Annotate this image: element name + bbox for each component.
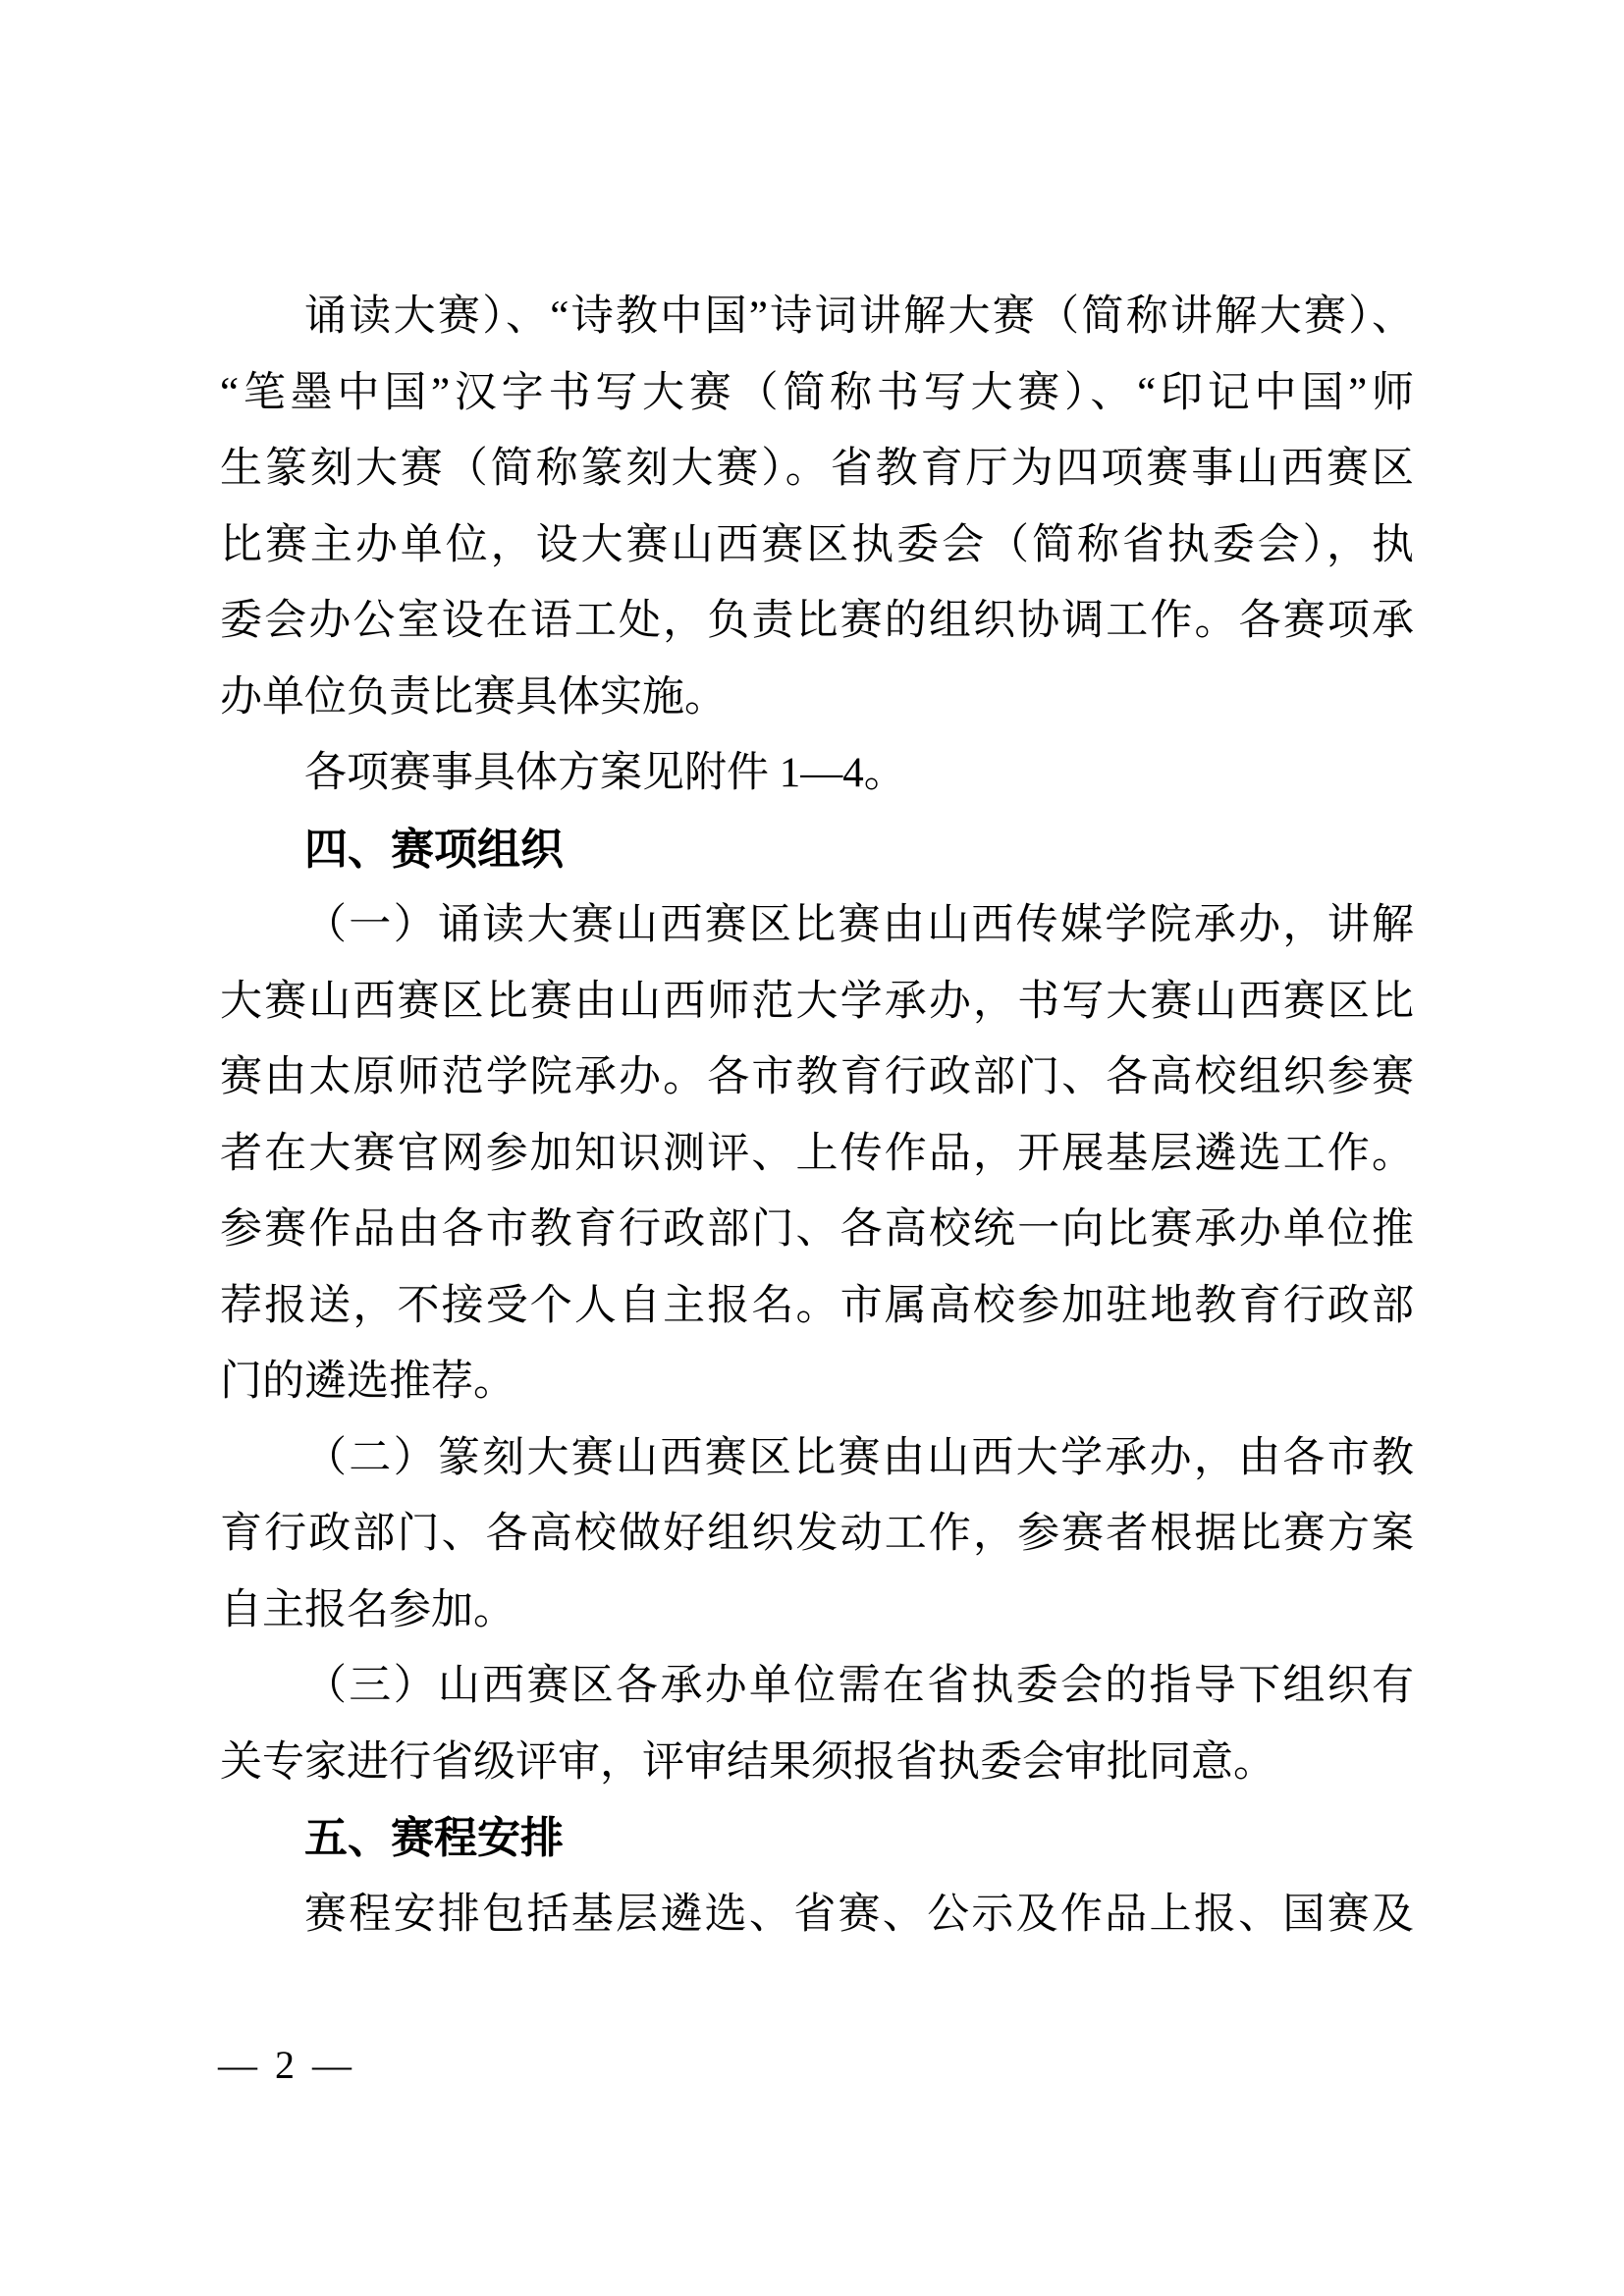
text-line: 委会办公室设在语工处，负责比赛的组织协调工作。各赛项承 (220, 583, 1414, 660)
text-line: 者在大赛官网参加知识测评、上传作品，开展基层遴选工作。 (220, 1116, 1414, 1193)
text-line: 大赛山西赛区比赛由山西师范大学承办，书写大赛山西赛区比 (220, 964, 1414, 1041)
text-line: 生篆刻大赛（简称篆刻大赛）。省教育厅为四项赛事山西赛区 (220, 431, 1414, 507)
text-line: 比赛主办单位，设大赛山西赛区执委会（简称省执委会），执 (220, 507, 1414, 584)
text-line: 办单位负责比赛具体实施。 (220, 660, 1414, 736)
text-line: 自主报名参加。 (220, 1573, 1414, 1649)
text-line: 赛程安排包括基层遴选、省赛、公示及作品上报、国赛及 (220, 1877, 1414, 1953)
text-line: 门的遴选推荐。 (220, 1344, 1414, 1420)
document-page: 诵读大赛）、“诗教中国”诗词讲解大赛（简称讲解大赛）、“笔墨中国”汉字书写大赛（… (0, 0, 1624, 2296)
text-line: 参赛作品由各市教育行政部门、各高校统一向比赛承办单位推 (220, 1192, 1414, 1268)
text-line: 关专家进行省级评审，评审结果须报省执委会审批同意。 (220, 1725, 1414, 1801)
text-line: （二）篆刻大赛山西赛区比赛由山西大学承办，由各市教 (220, 1420, 1414, 1497)
text-line: 赛由太原师范学院承办。各市教育行政部门、各高校组织参赛 (220, 1040, 1414, 1116)
section-heading: 四、赛项组织 (220, 812, 1414, 888)
text-line: “笔墨中国”汉字书写大赛（简称书写大赛）、“印记中国”师 (220, 355, 1414, 432)
text-line: 育行政部门、各高校做好组织发动工作，参赛者根据比赛方案 (220, 1496, 1414, 1573)
text-line: 荐报送，不接受个人自主报名。市属高校参加驻地教育行政部 (220, 1268, 1414, 1345)
document-body: 诵读大赛）、“诗教中国”诗词讲解大赛（简称讲解大赛）、“笔墨中国”汉字书写大赛（… (220, 279, 1414, 1952)
page-number: — 2 — (218, 2042, 352, 2089)
text-line: （三）山西赛区各承办单位需在省执委会的指导下组织有 (220, 1648, 1414, 1725)
section-heading: 五、赛程安排 (220, 1800, 1414, 1877)
text-line: （一）诵读大赛山西赛区比赛由山西传媒学院承办，讲解 (220, 887, 1414, 964)
text-line: 各项赛事具体方案见附件 1—4。 (220, 735, 1414, 812)
text-line: 诵读大赛）、“诗教中国”诗词讲解大赛（简称讲解大赛）、 (220, 279, 1414, 355)
